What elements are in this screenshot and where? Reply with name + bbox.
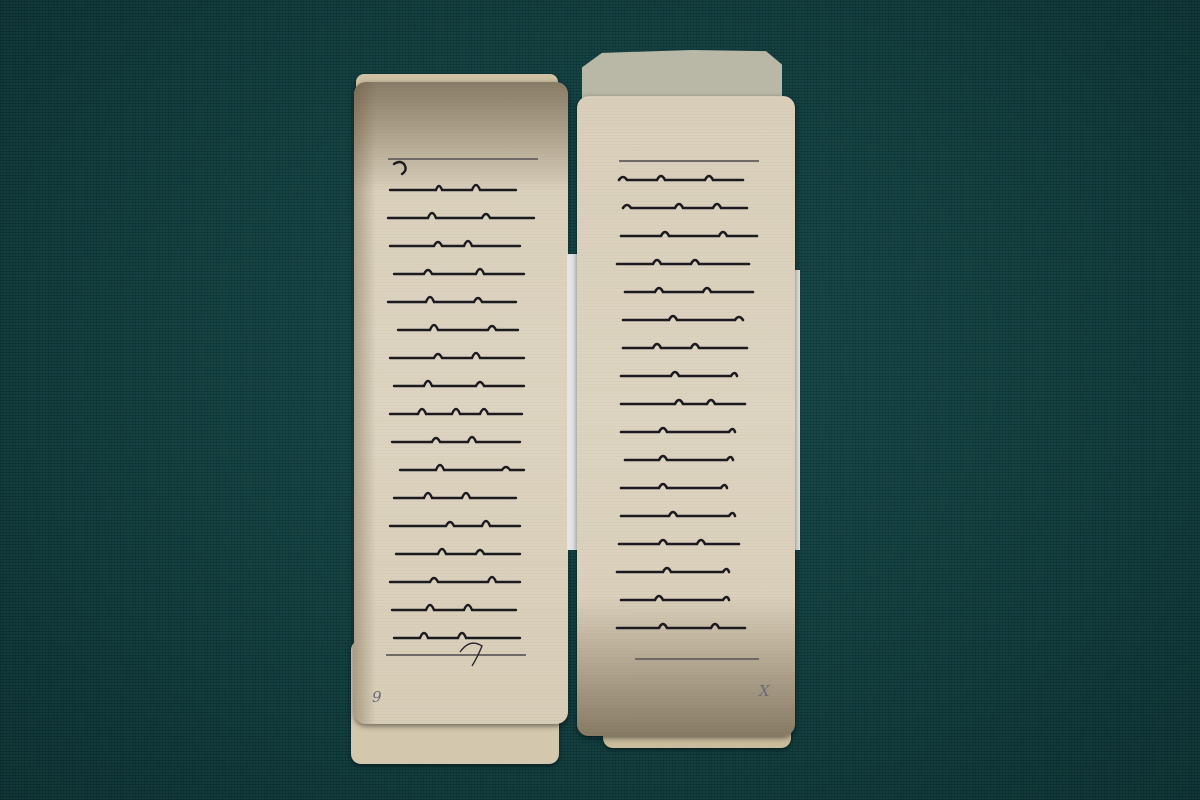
script-lines [577, 96, 795, 736]
left-page: 9 [354, 82, 568, 724]
folio-mark: X [759, 682, 770, 700]
right-page: X [577, 96, 795, 736]
script-lines [354, 82, 568, 724]
folio-number: 9 [372, 688, 382, 706]
